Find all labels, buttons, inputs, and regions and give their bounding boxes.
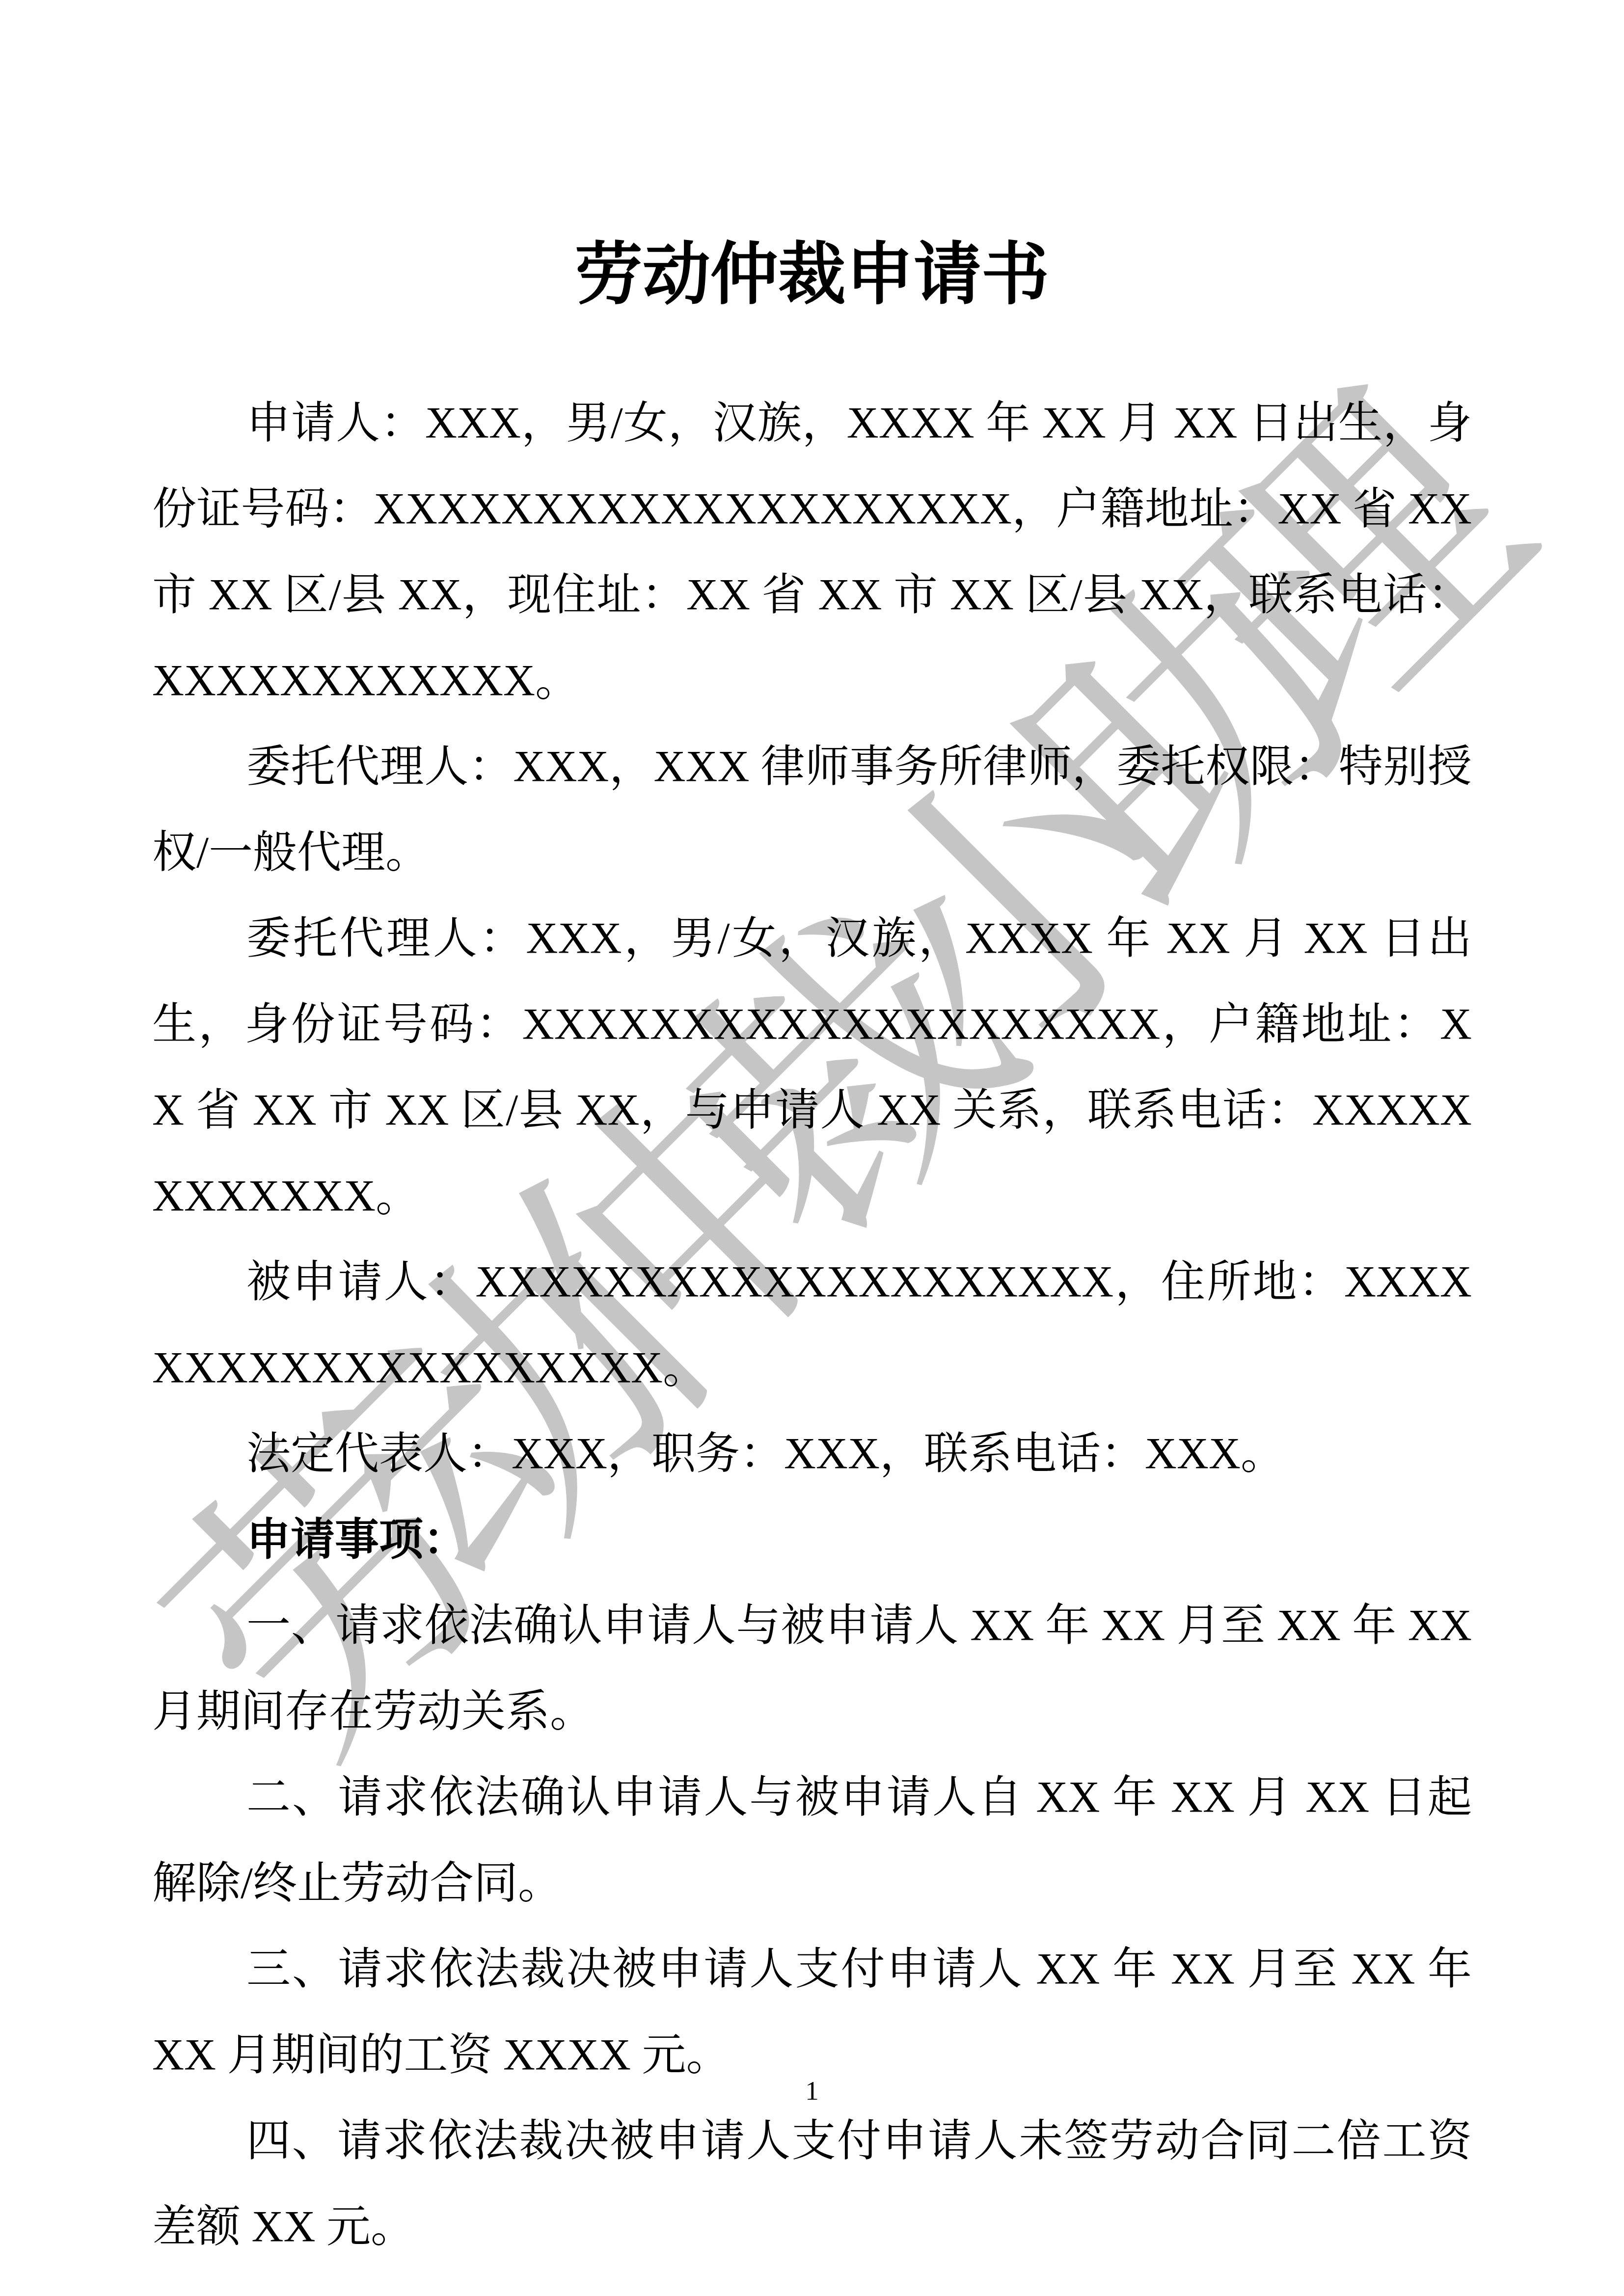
paragraph-applicant: 申请人：XXX，男/女，汉族，XXXX 年 XX 月 XX 日出生，身份证号码：…	[152, 380, 1472, 724]
paragraph-claim-2: 二、请求依法确认申请人与被申请人自 XX 年 XX 月 XX 日起解除/终止劳动…	[152, 1755, 1472, 1926]
paragraph-agent-lawyer: 委托代理人：XXX，XXX 律师事务所律师，委托权限：特别授权/一般代理。	[152, 724, 1472, 896]
paragraph-claim-1: 一、请求依法确认申请人与被申请人 XX 年 XX 月至 XX 年 XX 月期间存…	[152, 1583, 1472, 1755]
page-number: 1	[0, 2076, 1624, 2106]
paragraph-claim-3: 三、请求依法裁决被申请人支付申请人 XX 年 XX 月至 XX 年 XX 月期间…	[152, 1926, 1472, 2098]
document-content: 劳动仲裁申请书 申请人：XXX，男/女，汉族，XXXX 年 XX 月 XX 日出…	[152, 0, 1472, 2270]
document-title: 劳动仲裁申请书	[152, 226, 1472, 324]
paragraph-respondent: 被申请人：XXXXXXXXXXXXXXXXXXXX，住所地：XXXXXXXXXX…	[152, 1239, 1472, 1411]
paragraph-claim-4: 四、请求依法裁决被申请人支付申请人未签劳动合同二倍工资差额 XX 元。	[152, 2098, 1472, 2270]
paragraph-legal-representative: 法定代表人：XXX，职务：XXX，联系电话：XXX。	[152, 1411, 1472, 1497]
document-page: 劳动仲裁小助理 劳动仲裁申请书 申请人：XXX，男/女，汉族，XXXX 年 XX…	[0, 0, 1624, 2296]
document-body: 申请人：XXX，男/女，汉族，XXXX 年 XX 月 XX 日出生，身份证号码：…	[152, 380, 1472, 2270]
paragraph-agent-person: 委托代理人：XXX，男/女，汉族，XXXX 年 XX 月 XX 日出生，身份证号…	[152, 896, 1472, 1239]
section-heading-claims: 申请事项：	[152, 1497, 1472, 1583]
